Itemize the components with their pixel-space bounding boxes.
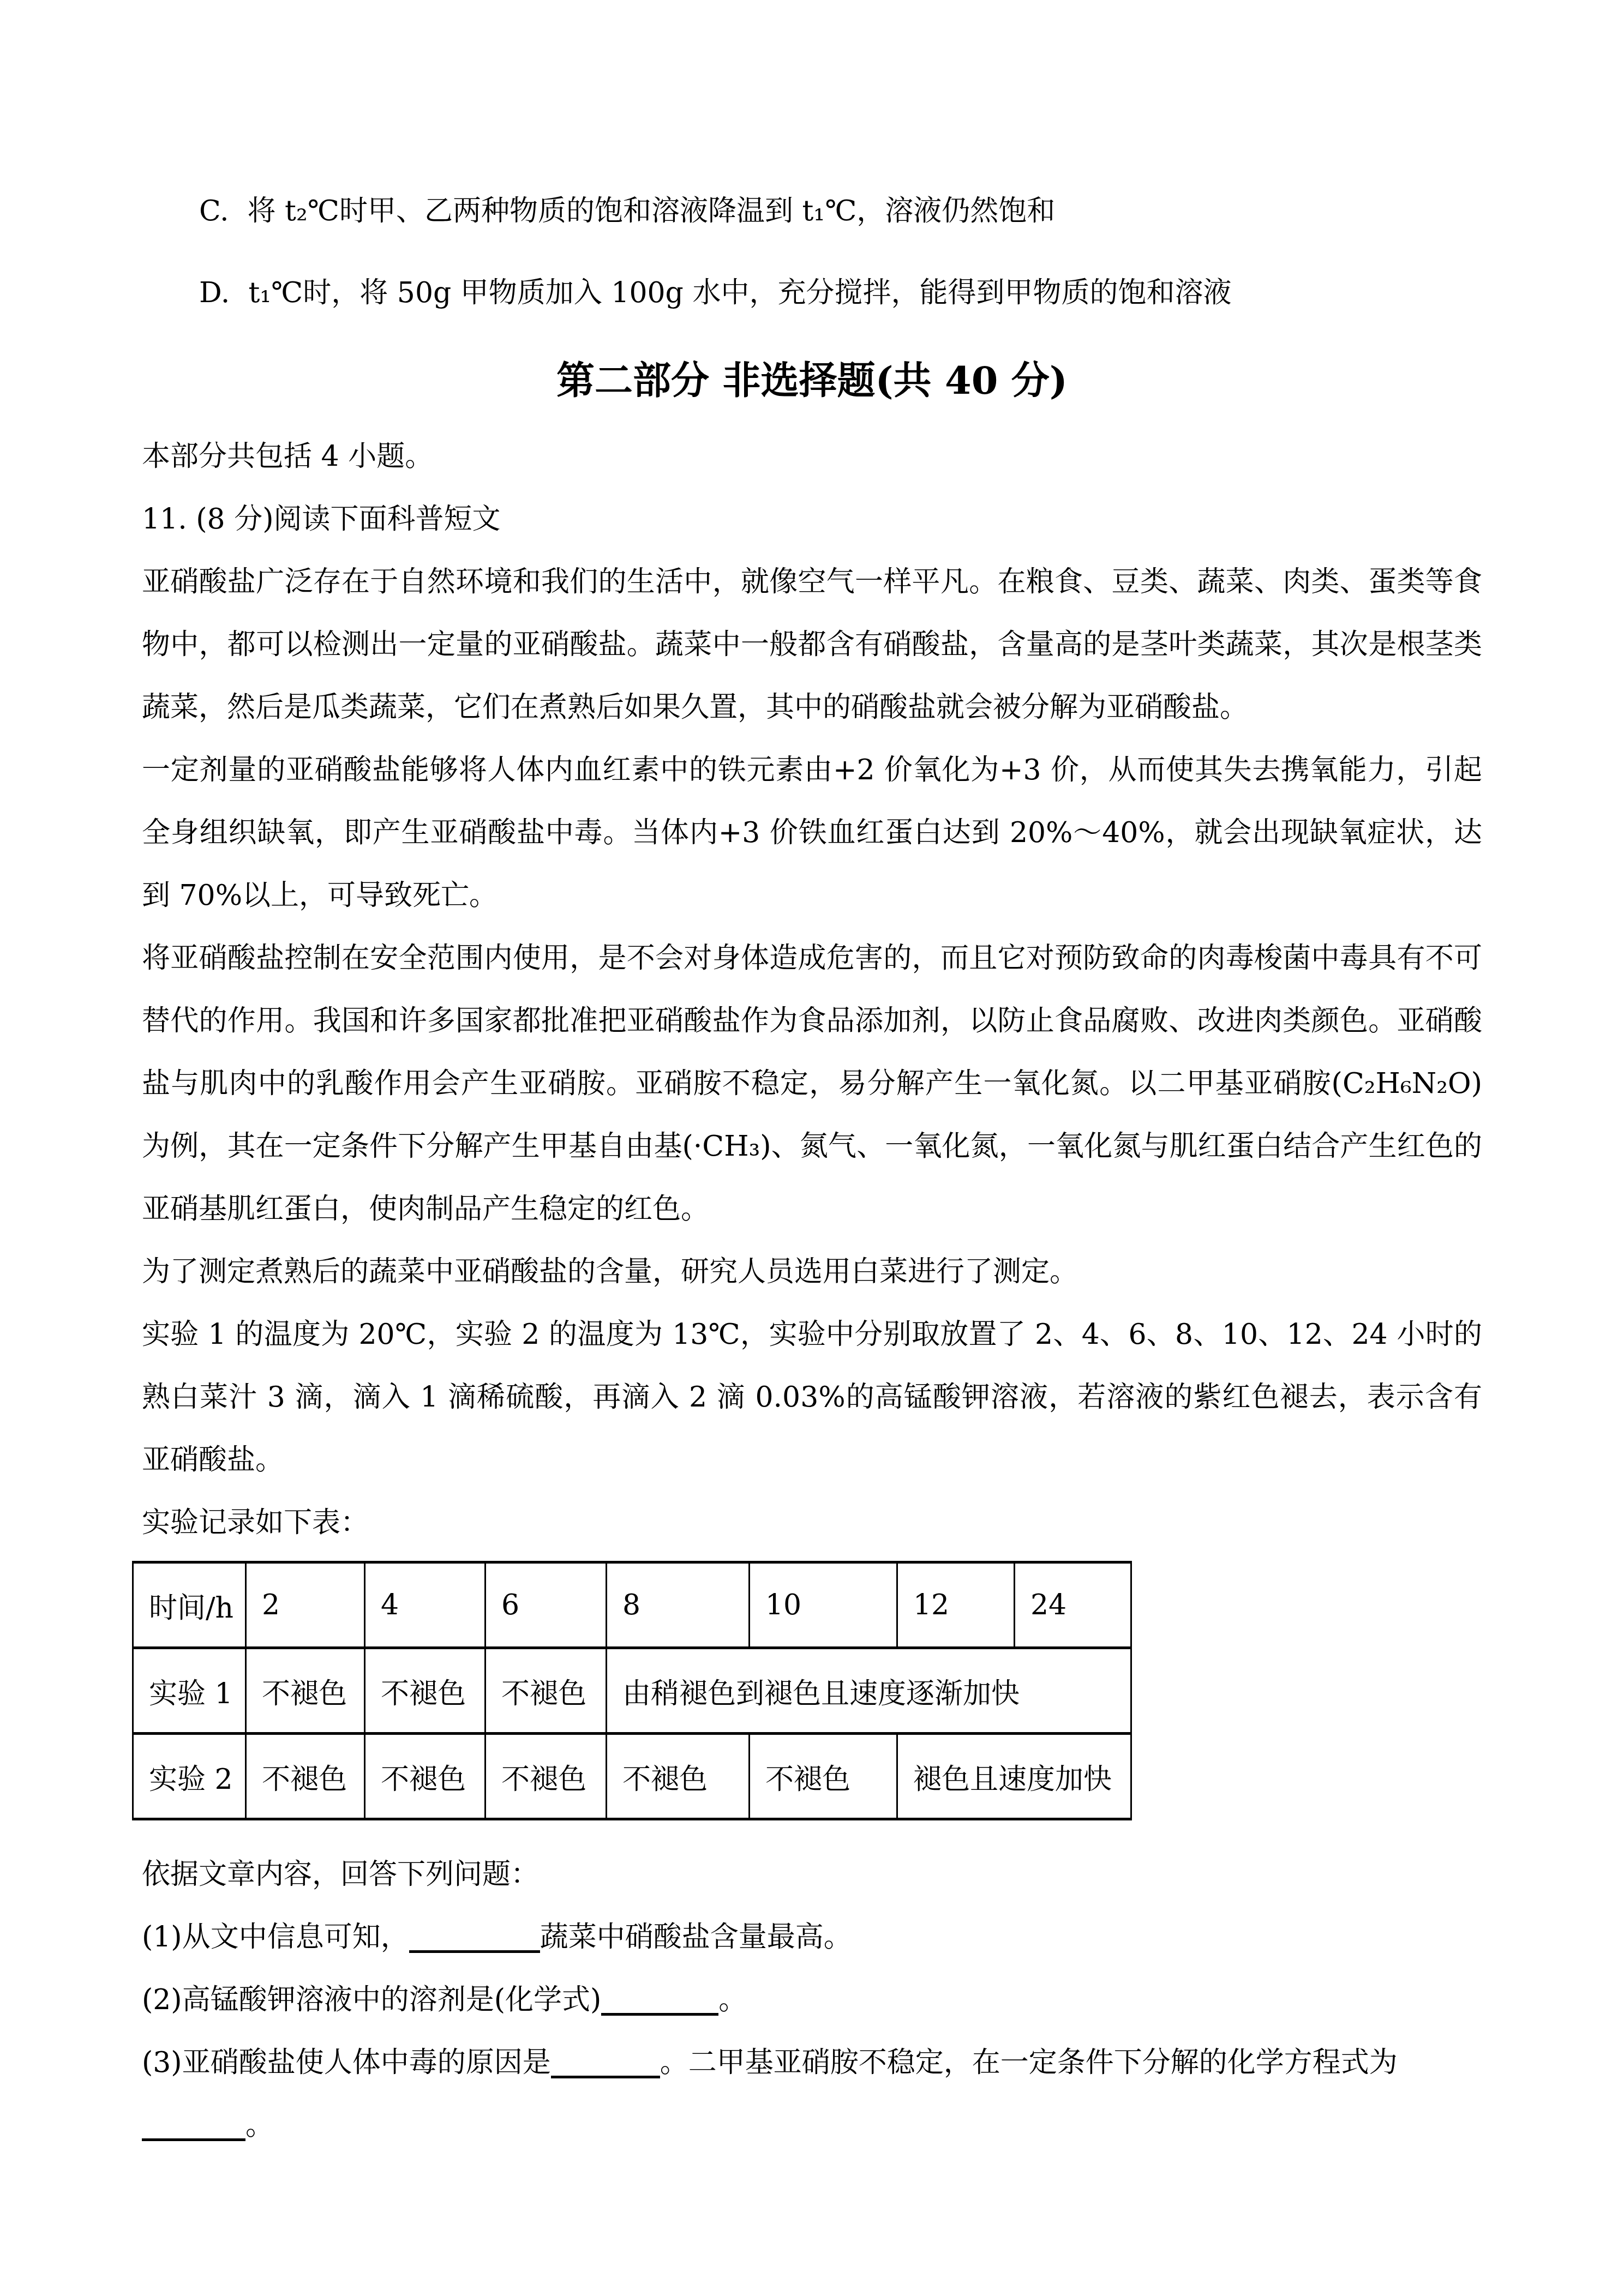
row2-span-cell: 褪色且速度加快 <box>897 1734 1131 1819</box>
article-paragraph-4: 为了测定煮熟后的蔬菜中亚硝酸盐的含量，研究人员选用白菜进行了测定。 <box>142 1241 1482 1303</box>
answer-blank <box>551 2054 660 2078</box>
header-cell-time: 时间/h <box>133 1562 246 1648</box>
option-d-label: D. <box>199 262 230 324</box>
table-row-experiment-2: 实验 2 不褪色 不褪色 不褪色 不褪色 不褪色 褪色且速度加快 <box>133 1734 1131 1819</box>
question-1-pre: (1)从文中信息可知， <box>142 1921 409 1954</box>
exam-page: C.将 t₂℃时甲、乙两种物质的饱和溶液降温到 t₁℃，溶液仍然饱和 D.t₁℃… <box>0 0 1624 2296</box>
header-cell-10: 10 <box>750 1562 897 1648</box>
header-cell-2: 2 <box>246 1562 365 1648</box>
question-2-post: 。 <box>718 1984 747 2016</box>
option-d: D.t₁℃时，将 50g 甲物质加入 100g 水中，充分搅拌，能得到甲物质的饱… <box>142 262 1482 324</box>
article-paragraph-2: 一定剂量的亚硝酸盐能够将人体内血红素中的铁元素由+2 价氧化为+3 价，从而使其… <box>142 739 1482 927</box>
question-3-post: 。 <box>245 2109 274 2142</box>
science-article: 亚硝酸盐广泛存在于自然环境和我们的生活中，就像空气一样平凡。在粮食、豆类、蔬菜、… <box>142 551 1482 1554</box>
row1-cell: 不褪色 <box>486 1648 607 1734</box>
header-cell-24: 24 <box>1015 1562 1131 1648</box>
row2-cell: 不褪色 <box>750 1734 897 1819</box>
answer-blank <box>142 2117 245 2141</box>
header-cell-6: 6 <box>486 1562 607 1648</box>
question-1: (1)从文中信息可知，蔬菜中硝酸盐含量最高。 <box>142 1906 1482 1969</box>
header-cell-4: 4 <box>365 1562 486 1648</box>
answer-section-lead: 依据文章内容，回答下列问题： <box>142 1843 1482 1906</box>
question-3: (3)亚硝酸盐使人体中毒的原因是。二甲基亚硝胺不稳定，在一定条件下分解的化学方程… <box>142 2031 1482 2157</box>
question-11-lead: 11. (8 分)阅读下面科普短文 <box>142 488 1482 551</box>
row2-cell: 不褪色 <box>607 1734 750 1819</box>
header-cell-8: 8 <box>607 1562 750 1648</box>
question-1-post: 蔬菜中硝酸盐含量最高。 <box>540 1921 852 1954</box>
question-2-pre: (2)高锰酸钾溶液中的溶剂是(化学式) <box>142 1984 601 2016</box>
header-cell-12: 12 <box>897 1562 1015 1648</box>
question-2: (2)高锰酸钾溶液中的溶剂是(化学式)。 <box>142 1969 1482 2031</box>
row2-cell: 不褪色 <box>365 1734 486 1819</box>
row1-label: 实验 1 <box>133 1648 246 1734</box>
row2-label: 实验 2 <box>133 1734 246 1819</box>
option-c-text: 将 t₂℃时甲、乙两种物质的饱和溶液降温到 t₁℃，溶液仍然饱和 <box>247 195 1055 227</box>
article-paragraph-5: 实验 1 的温度为 20℃，实验 2 的温度为 13℃，实验中分别取放置了 2、… <box>142 1303 1482 1492</box>
table-header-row: 时间/h 2 4 6 8 10 12 24 <box>133 1562 1131 1648</box>
question-3-mid: 。二甲基亚硝胺不稳定，在一定条件下分解的化学方程式为 <box>660 2046 1398 2079</box>
section-title: 第二部分 非选择题(共 40 分) <box>142 352 1482 409</box>
article-paragraph-3: 将亚硝酸盐控制在安全范围内使用，是不会对身体造成危害的，而且它对预防致命的肉毒梭… <box>142 927 1482 1241</box>
section-note: 本部分共包括 4 小题。 <box>142 425 1482 488</box>
experiment-results-table: 时间/h 2 4 6 8 10 12 24 实验 1 不褪色 不褪色 不褪色 由… <box>132 1561 1132 1820</box>
choice-options: C.将 t₂℃时甲、乙两种物质的饱和溶液降温到 t₁℃，溶液仍然饱和 D.t₁℃… <box>142 180 1482 324</box>
row2-cell: 不褪色 <box>486 1734 607 1819</box>
article-paragraph-1: 亚硝酸盐广泛存在于自然环境和我们的生活中，就像空气一样平凡。在粮食、豆类、蔬菜、… <box>142 551 1482 739</box>
row2-cell: 不褪色 <box>246 1734 365 1819</box>
table-caption: 实验记录如下表： <box>142 1492 1482 1554</box>
question-3-pre: (3)亚硝酸盐使人体中毒的原因是 <box>142 2046 551 2079</box>
row1-cell: 不褪色 <box>365 1648 486 1734</box>
page-content: C.将 t₂℃时甲、乙两种物质的饱和溶液降温到 t₁℃，溶液仍然饱和 D.t₁℃… <box>142 180 1482 2157</box>
table-row-experiment-1: 实验 1 不褪色 不褪色 不褪色 由稍褪色到褪色且速度逐渐加快 <box>133 1648 1131 1734</box>
option-c-label: C. <box>199 180 229 243</box>
row1-span-cell: 由稍褪色到褪色且速度逐渐加快 <box>607 1648 1131 1734</box>
option-c: C.将 t₂℃时甲、乙两种物质的饱和溶液降温到 t₁℃，溶液仍然饱和 <box>142 180 1482 243</box>
row1-cell: 不褪色 <box>246 1648 365 1734</box>
option-d-text: t₁℃时，将 50g 甲物质加入 100g 水中，充分搅拌，能得到甲物质的饱和溶… <box>248 277 1231 309</box>
answer-blank <box>601 1991 718 2016</box>
answer-blank <box>409 1928 540 1953</box>
